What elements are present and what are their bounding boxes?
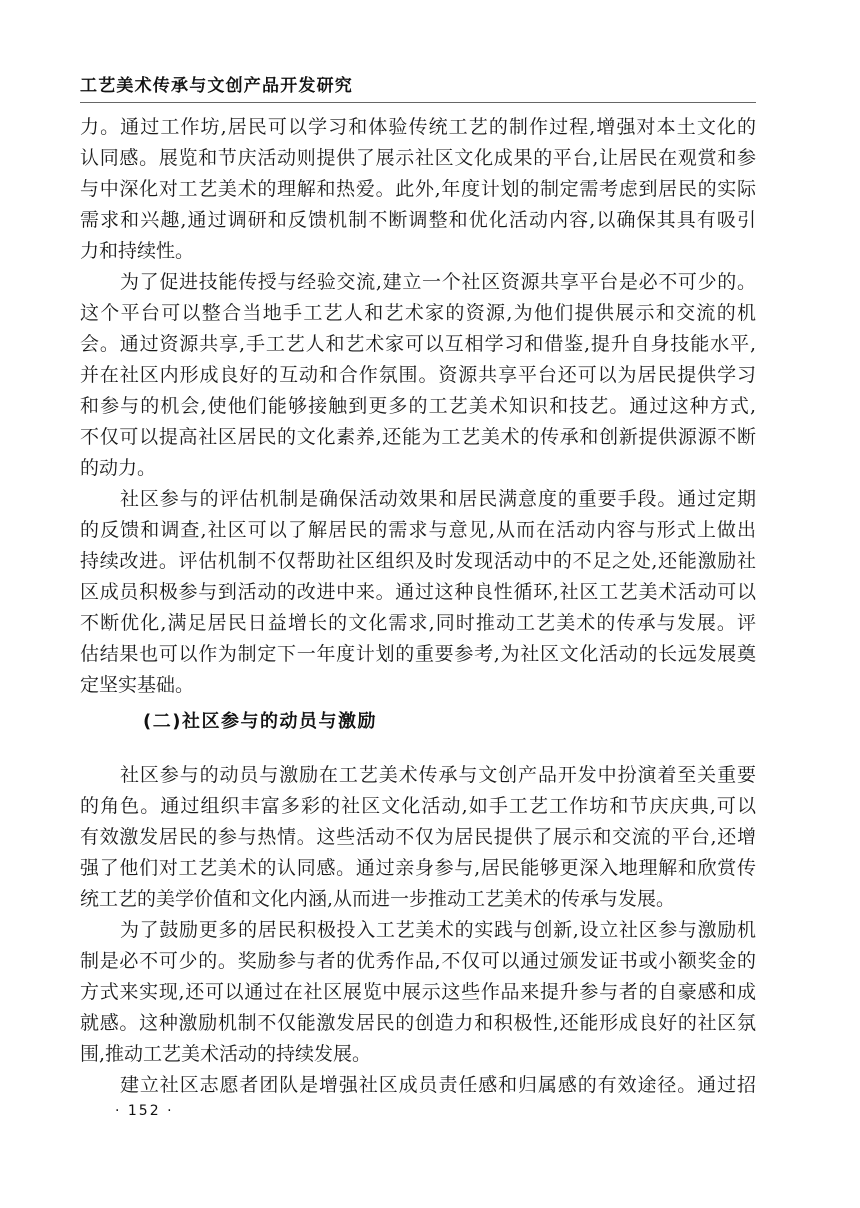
- text-line: 有效激发居民的参与热情。这些活动不仅为居民提供了展示和交流的平台,还增: [80, 822, 756, 853]
- text-line: 方式来实现,还可以通过在社区展览中展示这些作品来提升参与者的自豪感和成: [80, 977, 756, 1008]
- text-line: 认同感。展览和节庆活动则提供了展示社区文化成果的平台,让居民在观赏和参: [80, 143, 756, 174]
- text-line: 并在社区内形成良好的互动和合作氛围。资源共享平台还可以为居民提供学习: [80, 360, 756, 391]
- text-line: 力。通过工作坊,居民可以学习和体验传统工艺的制作过程,增强对本土文化的: [80, 112, 756, 143]
- text-line: 的反馈和调查,社区可以了解居民的需求与意见,从而在活动内容与形式上做出: [80, 515, 756, 546]
- text-line: 就感。这种激励机制不仅能激发居民的创造力和积极性,还能形成良好的社区氛: [80, 1008, 756, 1039]
- text-line: 不仅可以提高社区居民的文化素养,还能为工艺美术的传承和创新提供源源不断: [80, 422, 756, 453]
- text-line: 估结果也可以作为制定下一年度计划的重要参考,为社区文化活动的长远发展奠: [80, 639, 756, 670]
- text-line: 区成员积极参与到活动的改进中来。通过这种良性循环,社区工艺美术活动可以: [80, 577, 756, 608]
- text-line: 需求和兴趣,通过调研和反馈机制不断调整和优化活动内容,以确保其具有吸引: [80, 205, 756, 236]
- text-line: 会。通过资源共享,手工艺人和艺术家可以互相学习和借鉴,提升自身技能水平,: [80, 329, 756, 360]
- text-line: 这个平台可以整合当地手工艺人和艺术家的资源,为他们提供展示和交流的机: [80, 298, 756, 329]
- body-text-block-2: 社区参与的动员与激励在工艺美术传承与文创产品开发中扮演着至关重要的角色。通过组织…: [80, 760, 756, 1101]
- text-line: 社区参与的动员与激励在工艺美术传承与文创产品开发中扮演着至关重要: [80, 760, 756, 791]
- text-line: 不断优化,满足居民日益增长的文化需求,同时推动工艺美术的传承与发展。评: [80, 608, 756, 639]
- text-line: 定坚实基础。: [80, 670, 756, 701]
- text-line: 持续改进。评估机制不仅帮助社区组织及时发现活动中的不足之处,还能激励社: [80, 546, 756, 577]
- header-rule: [80, 102, 756, 103]
- text-line: 统工艺的美学价值和文化内涵,从而进一步推动工艺美术的传承与发展。: [80, 884, 756, 915]
- text-line: 与中深化对工艺美术的理解和热爱。此外,年度计划的制定需考虑到居民的实际: [80, 174, 756, 205]
- text-line: 制是必不可少的。奖励参与者的优秀作品,不仅可以通过颁发证书或小额奖金的: [80, 946, 756, 977]
- text-line: 和参与的机会,使他们能够接触到更多的工艺美术知识和技艺。通过这种方式,: [80, 391, 756, 422]
- running-head: 工艺美术传承与文创产品开发研究: [80, 71, 353, 96]
- page-number: · 152 ·: [115, 1103, 174, 1119]
- text-line: 建立社区志愿者团队是增强社区成员责任感和归属感的有效途径。通过招: [80, 1070, 756, 1101]
- text-line: 的动力。: [80, 453, 756, 484]
- section-heading: (二)社区参与的动员与激励: [143, 707, 377, 737]
- text-line: 为了促进技能传授与经验交流,建立一个社区资源共享平台是必不可少的。: [80, 267, 756, 298]
- text-line: 为了鼓励更多的居民积极投入工艺美术的实践与创新,设立社区参与激励机: [80, 915, 756, 946]
- text-line: 力和持续性。: [80, 236, 756, 267]
- text-line: 的角色。通过组织丰富多彩的社区文化活动,如手工艺工作坊和节庆庆典,可以: [80, 791, 756, 822]
- body-text-block-1: 力。通过工作坊,居民可以学习和体验传统工艺的制作过程,增强对本土文化的认同感。展…: [80, 112, 756, 701]
- text-line: 社区参与的评估机制是确保活动效果和居民满意度的重要手段。通过定期: [80, 484, 756, 515]
- text-line: 围,推动工艺美术活动的持续发展。: [80, 1039, 756, 1070]
- text-line: 强了他们对工艺美术的认同感。通过亲身参与,居民能够更深入地理解和欣赏传: [80, 853, 756, 884]
